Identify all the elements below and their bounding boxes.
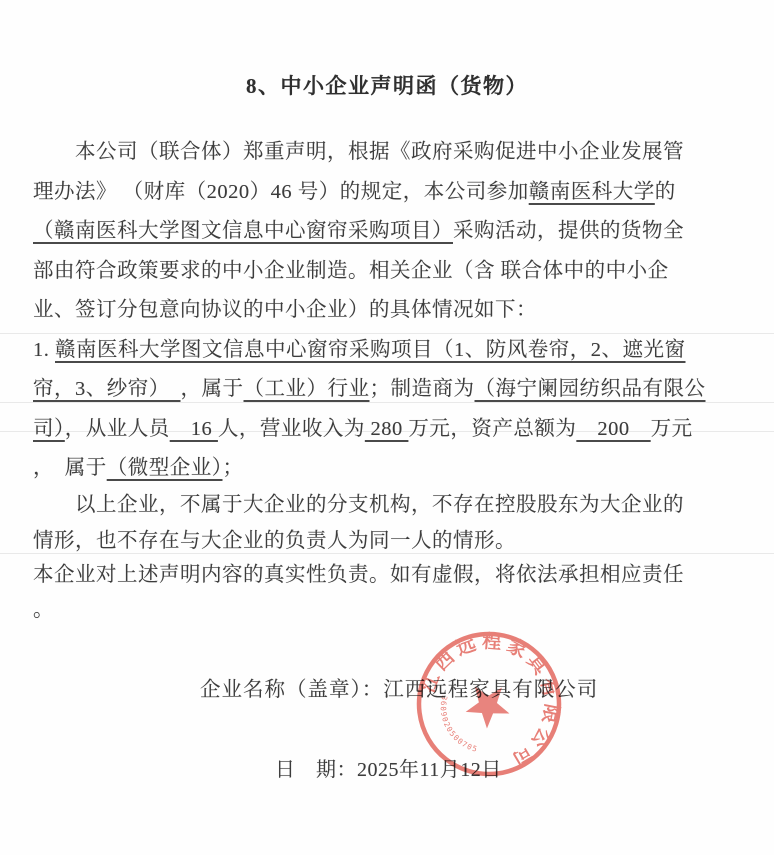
manufacturer-name-field-cont: 司） — [33, 418, 65, 440]
doc-line-11: 情形，也不存在与大企业的负责人为同一人的情形。 — [33, 523, 749, 559]
project-goods-field: 赣南医科大学图文信息中心窗帘采购项目（1、防风卷帘，2、遮光窗 — [55, 339, 686, 361]
body-text: 万元，资产总额为 — [408, 418, 576, 440]
doc-line-5: 业、签订分包意向协议的中小企业）的具体情况如下： — [33, 291, 749, 331]
body-text: 部由符合政策要求的中小企业制造。相关企业（含 联合体中的中小企 — [33, 260, 669, 282]
assets-field: 200 — [576, 418, 650, 440]
body-text: 人，营业收入为 — [218, 418, 365, 440]
body-text: 本公司（联合体）郑重声明，根据《政府采购促进中小企业发展管 — [75, 141, 684, 163]
body-text: 万元 — [651, 418, 693, 440]
list-number: 1. — [33, 339, 55, 361]
project-goods-field-cont: 帘，3、纱帘） — [33, 378, 181, 400]
doc-line-1: 本公司（联合体）郑重声明，根据《政府采购促进中小企业发展管 — [33, 133, 749, 173]
body-text: 采购活动，提供的货物全 — [453, 220, 684, 242]
doc-line-8: 司），从业人员 16 人，营业收入为 280 万元，资产总额为 200 万元 — [33, 410, 749, 450]
doc-line-4: 部由符合政策要求的中小企业制造。相关企业（含 联合体中的中小企 — [33, 252, 749, 292]
doc-line-3: （赣南医科大学图文信息中心窗帘采购项目）采购活动，提供的货物全 — [33, 212, 749, 252]
industry-field: （工业）行业 — [244, 378, 370, 400]
doc-line-10: 以上企业，不属于大企业的分支机构，不存在控股股东为大企业的 — [33, 487, 749, 523]
body-text: 。 — [33, 599, 54, 621]
purchaser-name-field: 赣南医科大学 — [529, 181, 655, 203]
body-text: 本企业对上述声明内容的真实性负责。如有虚假，将依法承担相应责任 — [33, 564, 684, 586]
date-label: 日 期： — [275, 759, 357, 781]
document-title: 8、中小企业声明函（货物） — [0, 70, 774, 100]
no-affiliation-paragraph: 以上企业，不属于大企业的分支机构，不存在控股股东为大企业的 情形，也不存在与大企… — [33, 487, 749, 559]
doc-line-13: 。 — [33, 593, 749, 628]
liability-paragraph: 本企业对上述声明内容的真实性负责。如有虚假，将依法承担相应责任 。 — [33, 558, 749, 628]
seal-star — [459, 674, 519, 734]
employee-count-field: 16 — [170, 418, 218, 440]
body-text: ；制造商为 — [370, 378, 475, 400]
revenue-field: 280 — [365, 418, 409, 440]
doc-line-7: 帘，3、纱帘） ，属于（工业）行业；制造商为（海宁阑园纺织品有限公 — [33, 370, 749, 410]
project-name-field: （赣南医科大学图文信息中心窗帘采购项目） — [33, 220, 453, 242]
enterprise-type-field: （微型企业） — [107, 457, 223, 479]
doc-line-6: 1. 赣南医科大学图文信息中心窗帘采购项目（1、防风卷帘，2、遮光窗 — [33, 331, 749, 371]
body-text: 情形，也不存在与大企业的负责人为同一人的情形。 — [33, 530, 516, 552]
body-text: 理办法》 （财库（2020）46 号）的规定，本公司参加 — [33, 181, 529, 203]
company-seal-stamp: 江西远程家具有限公司 3609020500705 — [414, 629, 564, 779]
scanned-document-page: 8、中小企业声明函（货物） 本公司（联合体）郑重声明，根据《政府采购促进中小企业… — [0, 0, 774, 855]
declaration-paragraph: 本公司（联合体）郑重声明，根据《政府采购促进中小企业发展管 理办法》 （财库（2… — [33, 133, 749, 489]
body-text: ，从业人员 — [65, 418, 170, 440]
body-text: 业、签订分包意向协议的中小企业）的具体情况如下： — [33, 299, 537, 321]
manufacturer-name-field: （海宁阑园纺织品有限公 — [475, 378, 706, 400]
body-text: ； — [223, 457, 244, 479]
body-text: ，属于 — [181, 378, 244, 400]
signature-label: 企业名称（盖章）： — [200, 679, 383, 701]
doc-line-9: ， 属于（微型企业）； — [33, 449, 749, 489]
doc-line-2: 理办法》 （财库（2020）46 号）的规定，本公司参加赣南医科大学的 — [33, 173, 749, 213]
body-text: 以上企业，不属于大企业的分支机构，不存在控股股东为大企业的 — [75, 494, 684, 516]
body-text: ， 属于 — [33, 457, 107, 479]
doc-line-12: 本企业对上述声明内容的真实性负责。如有虚假，将依法承担相应责任 — [33, 558, 749, 593]
body-text: 的 — [655, 181, 676, 203]
